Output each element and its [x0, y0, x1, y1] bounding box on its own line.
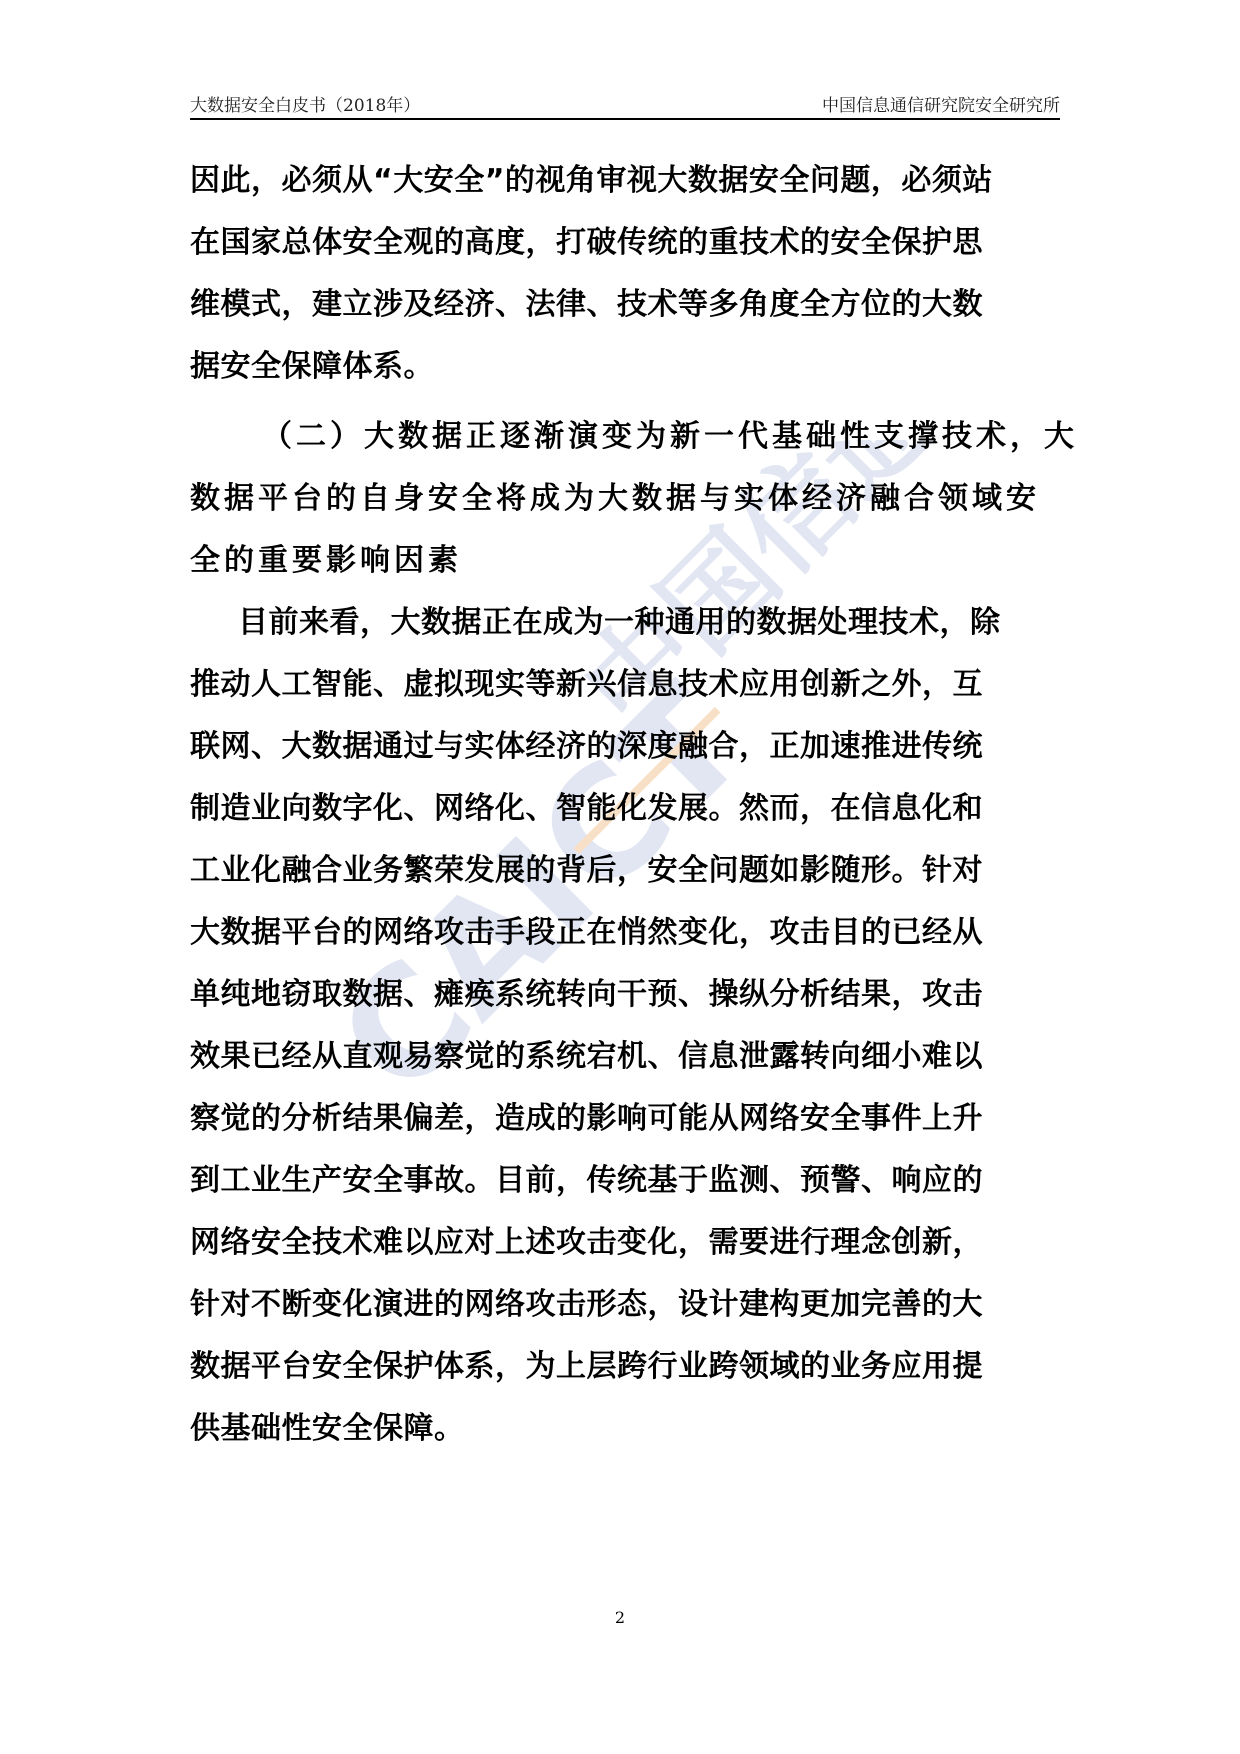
- text-line: 数据平台安全保护体系，为上层跨行业跨领域的业务应用提: [190, 1336, 1060, 1398]
- text-line: 因此，必须从“大安全”的视角审视大数据安全问题，必须站: [190, 150, 1060, 212]
- paragraph-platform-security: 目前来看，大数据正在成为一种通用的数据处理技术，除 推动人工智能、虚拟现实等新兴…: [190, 592, 1060, 1460]
- text-line: 网络安全技术难以应对上述攻击变化，需要进行理念创新，: [190, 1212, 1060, 1274]
- text-line: 制造业向数字化、网络化、智能化发展。然而，在信息化和: [190, 778, 1060, 840]
- text-line: 针对不断变化演进的网络攻击形态，设计建构更加完善的大: [190, 1274, 1060, 1336]
- text-line: 工业化融合业务繁荣发展的背后，安全问题如影随形。针对: [190, 840, 1060, 902]
- header-organization: 中国信息通信研究院安全研究所: [822, 91, 1060, 116]
- header-divider: [190, 118, 1060, 120]
- text-line: 单纯地窃取数据、瘫痪系统转向干预、操纵分析结果，攻击: [190, 964, 1060, 1026]
- heading-line: 数据平台的自身安全将成为大数据与实体经济融合领域安: [190, 468, 1060, 530]
- text-line: 联网、大数据通过与实体经济的深度融合，正加速推进传统: [190, 716, 1060, 778]
- text-line: 推动人工智能、虚拟现实等新兴信息技术应用创新之外，互: [190, 654, 1060, 716]
- heading-line: 全的重要影响因素: [190, 530, 1060, 592]
- text-line: 到工业生产安全事故。目前，传统基于监测、预警、响应的: [190, 1150, 1060, 1212]
- text-line: 在国家总体安全观的高度，打破传统的重技术的安全保护思: [190, 212, 1060, 274]
- header-document-title: 大数据安全白皮书（2018年）: [190, 91, 420, 116]
- text-line: 目前来看，大数据正在成为一种通用的数据处理技术，除: [190, 592, 1060, 654]
- heading-line: （二）大数据正逐渐演变为新一代基础性支撑技术，大: [190, 406, 1060, 468]
- text-line: 察觉的分析结果偏差，造成的影响可能从网络安全事件上升: [190, 1088, 1060, 1150]
- section-heading-2: （二）大数据正逐渐演变为新一代基础性支撑技术，大 数据平台的自身安全将成为大数据…: [190, 406, 1060, 592]
- text-line: 供基础性安全保障。: [190, 1398, 1060, 1460]
- page-number: 2: [0, 1608, 1240, 1627]
- text-line: 效果已经从直观易察觉的系统宕机、信息泄露转向细小难以: [190, 1026, 1060, 1088]
- text-line: 据安全保障体系。: [190, 336, 1060, 398]
- document-body: 因此，必须从“大安全”的视角审视大数据安全问题，必须站 在国家总体安全观的高度，…: [190, 150, 1060, 1460]
- paragraph-big-security: 因此，必须从“大安全”的视角审视大数据安全问题，必须站 在国家总体安全观的高度，…: [190, 150, 1060, 398]
- text-line: 维模式，建立涉及经济、法律、技术等多角度全方位的大数: [190, 274, 1060, 336]
- page-header: 大数据安全白皮书（2018年） 中国信息通信研究院安全研究所: [190, 86, 1060, 116]
- text-line: 大数据平台的网络攻击手段正在悄然变化，攻击目的已经从: [190, 902, 1060, 964]
